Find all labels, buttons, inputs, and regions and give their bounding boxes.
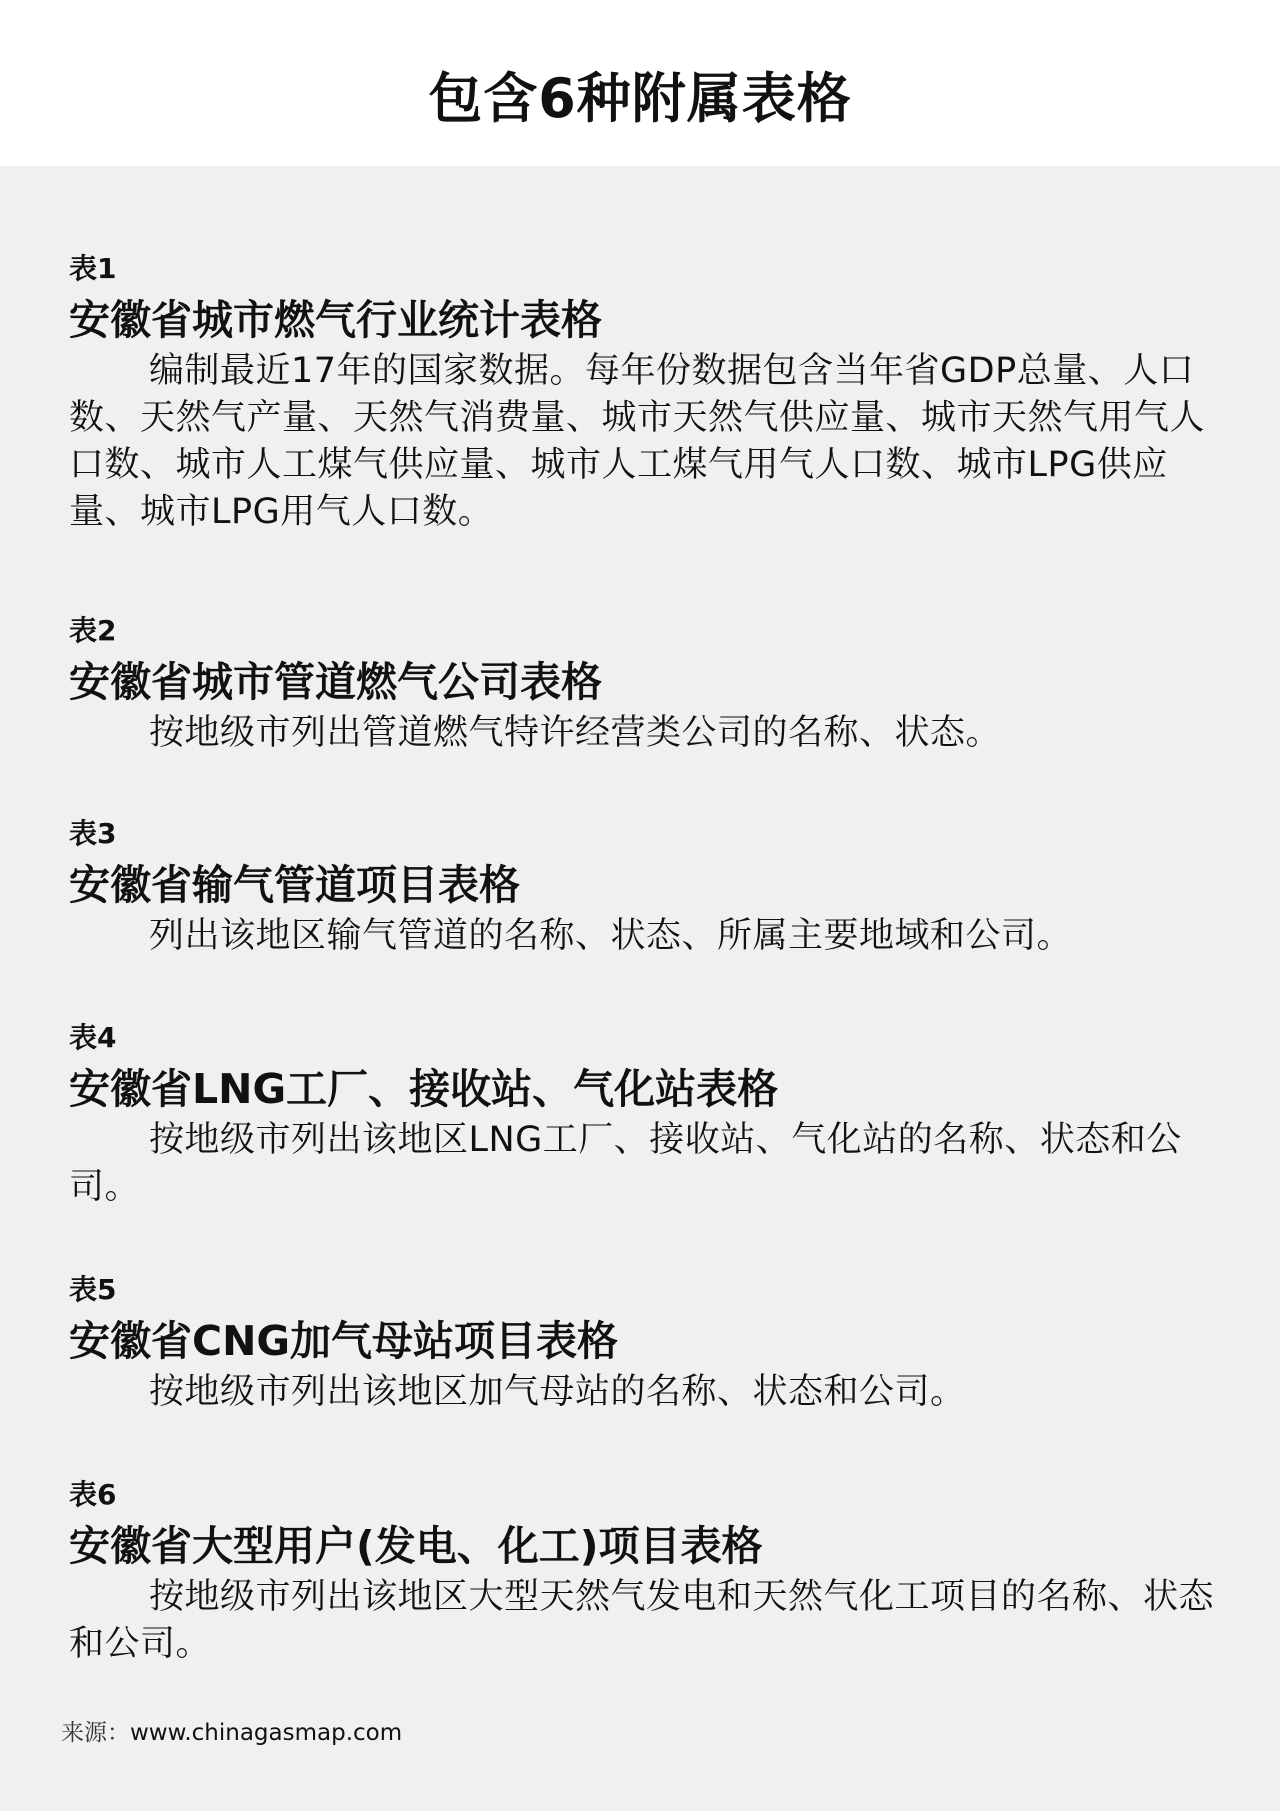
source-label: 来源：	[61, 1720, 130, 1746]
section-label: 表5	[69, 1273, 1229, 1307]
section-description: 按地级市列出该地区加气母站的名称、状态和公司。	[69, 1369, 1229, 1416]
section-description: 列出该地区输气管道的名称、状态、所属主要地域和公司。	[69, 913, 1229, 960]
section-description: 按地级市列出管道燃气特许经营类公司的名称、状态。	[69, 710, 1229, 757]
section-table-4: 表4 安徽省LNG工厂、接收站、气化站表格 按地级市列出该地区LNG工厂、接收站…	[69, 1021, 1229, 1211]
section-label: 表6	[69, 1478, 1229, 1512]
page-header: 包含6种附属表格	[0, 0, 1280, 166]
section-description: 编制最近17年的国家数据。每年份数据包含当年省GDP总量、人口数、天然气产量、天…	[69, 348, 1229, 536]
section-table-6: 表6 安徽省大型用户(发电、化工)项目表格 按地级市列出该地区大型天然气发电和天…	[69, 1478, 1229, 1668]
section-description: 按地级市列出该地区LNG工厂、接收站、气化站的名称、状态和公司。	[69, 1117, 1229, 1211]
section-heading: 安徽省CNG加气母站项目表格	[69, 1315, 1229, 1367]
section-heading: 安徽省城市燃气行业统计表格	[69, 294, 1229, 346]
source-url: www.chinagasmap.com	[130, 1720, 402, 1746]
section-heading: 安徽省大型用户(发电、化工)项目表格	[69, 1520, 1229, 1572]
source-footer: 来源：www.chinagasmap.com	[61, 1718, 402, 1748]
section-heading: 安徽省LNG工厂、接收站、气化站表格	[69, 1063, 1229, 1115]
section-table-1: 表1 安徽省城市燃气行业统计表格 编制最近17年的国家数据。每年份数据包含当年省…	[69, 252, 1229, 536]
section-table-2: 表2 安徽省城市管道燃气公司表格 按地级市列出管道燃气特许经营类公司的名称、状态…	[69, 614, 1229, 757]
section-label: 表3	[69, 817, 1229, 851]
section-heading: 安徽省输气管道项目表格	[69, 859, 1229, 911]
section-heading: 安徽省城市管道燃气公司表格	[69, 656, 1229, 708]
section-label: 表1	[69, 252, 1229, 286]
section-table-3: 表3 安徽省输气管道项目表格 列出该地区输气管道的名称、状态、所属主要地域和公司…	[69, 817, 1229, 960]
page-title: 包含6种附属表格	[0, 66, 1280, 132]
section-description: 按地级市列出该地区大型天然气发电和天然气化工项目的名称、状态和公司。	[69, 1574, 1229, 1668]
section-table-5: 表5 安徽省CNG加气母站项目表格 按地级市列出该地区加气母站的名称、状态和公司…	[69, 1273, 1229, 1416]
section-label: 表2	[69, 614, 1229, 648]
section-label: 表4	[69, 1021, 1229, 1055]
